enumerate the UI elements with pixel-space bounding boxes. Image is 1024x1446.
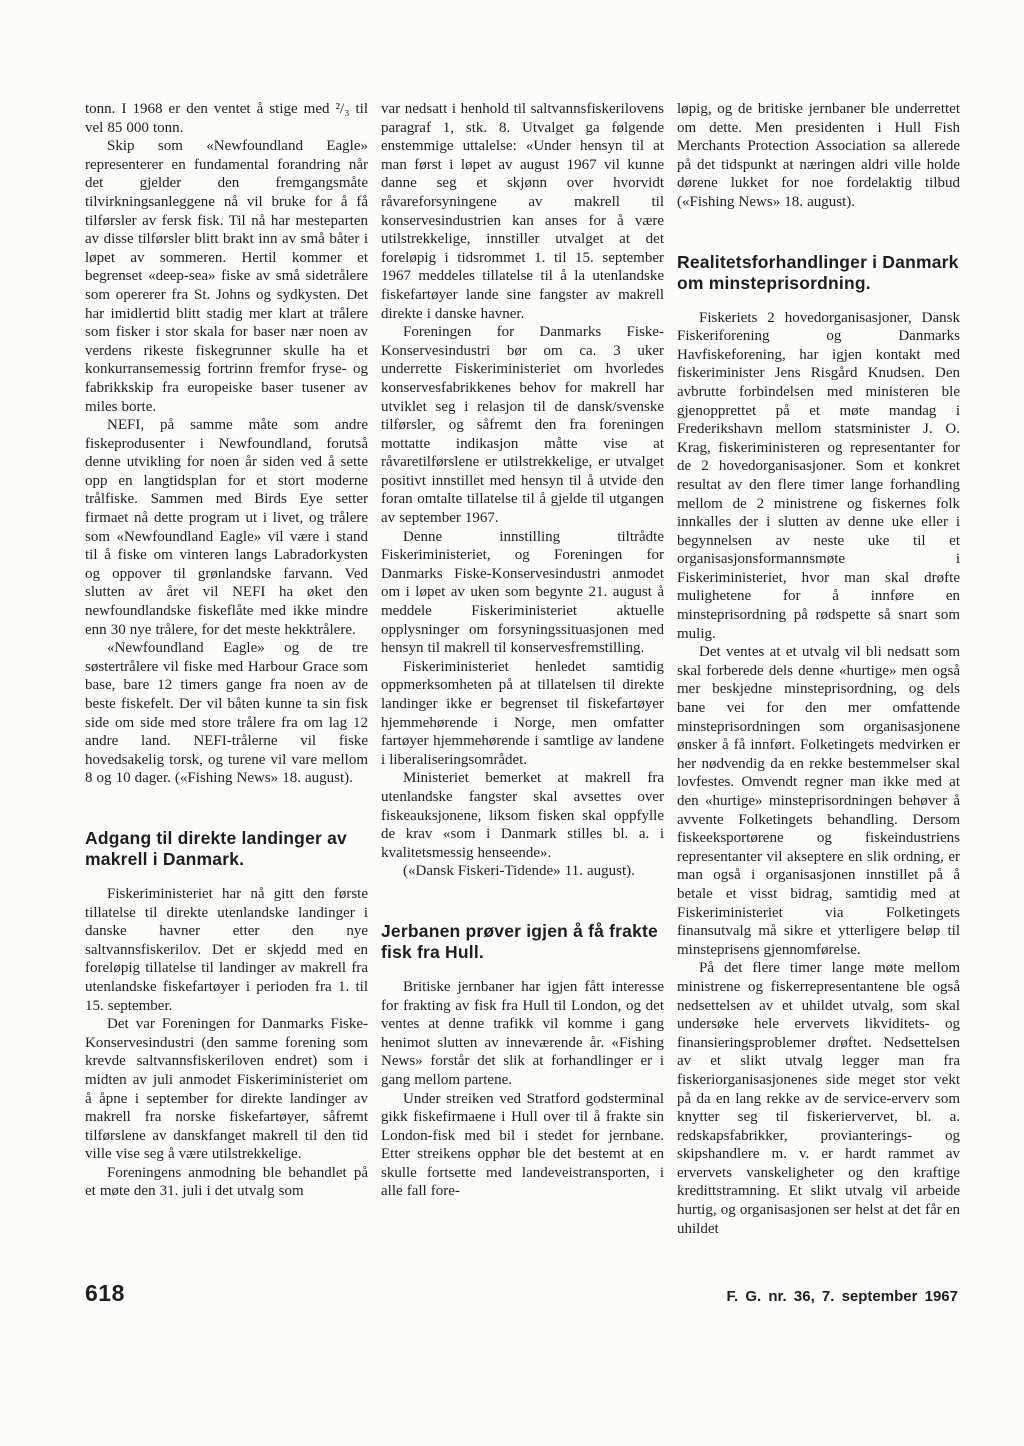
paragraph: Under streiken ved Stratford godstermina…	[381, 1090, 664, 1202]
page-footer: 618 F. G. nr. 36, 7. september 1967	[85, 1280, 958, 1307]
paragraph: tonn. I 1968 er den ventet å stige med ²…	[85, 100, 368, 137]
paragraph: løpig, og de britiske jernbaner ble unde…	[677, 100, 960, 212]
issue-info: F. G. nr. 36, 7. september 1967	[727, 1288, 958, 1305]
paragraph: «Newfoundland Eagle» og de tre søstertrå…	[85, 639, 368, 788]
paragraph: Skip som «Newfoundland Eagle» represente…	[85, 137, 368, 416]
text-column-3: løpig, og de britiske jernbaner ble unde…	[677, 100, 960, 1276]
text-column-1: tonn. I 1968 er den ventet å stige med ²…	[85, 100, 368, 1276]
article-heading: Realitetsforhandlinger i Danmark om mins…	[677, 252, 960, 294]
paragraph: Det var Foreningen for Danmarks Fiske-Ko…	[85, 1015, 368, 1164]
text-column-2: var nedsatt i henhold til saltvannsfiske…	[381, 100, 664, 1276]
article-heading: Adgang til direkte landinger av makrell …	[85, 828, 368, 870]
page-number: 618	[85, 1280, 125, 1307]
article-heading: Jerbanen prøver igjen å få frakte fisk f…	[381, 921, 664, 963]
paragraph: NEFI, på samme måte som andre fiskeprodu…	[85, 416, 368, 639]
paragraph: var nedsatt i henhold til saltvannsfiske…	[381, 100, 664, 323]
paragraph: Fiskeriministeriet har nå gitt den først…	[85, 885, 368, 1015]
paragraph: Denne innstilling tiltrådte Fiskeriminis…	[381, 528, 664, 658]
paragraph: Foreningen for Danmarks Fiske-Konservesi…	[381, 323, 664, 528]
paragraph: Britiske jernbaner har igjen fått intere…	[381, 978, 664, 1090]
magazine-page: tonn. I 1968 er den ventet å stige med ²…	[0, 0, 1024, 1446]
paragraph: Ministeriet bemerket at makrell fra uten…	[381, 769, 664, 862]
paragraph: Det ventes at et utvalg vil bli nedsatt …	[677, 643, 960, 959]
text-columns: tonn. I 1968 er den ventet å stige med ²…	[85, 100, 960, 1276]
paragraph: («Dansk Fiskeri-Tidende» 11. august).	[381, 862, 664, 881]
paragraph: Foreningens anmodning ble behandlet på e…	[85, 1164, 368, 1201]
paragraph: Fiskeriets 2 hovedorganisasjoner, Dansk …	[677, 309, 960, 644]
paragraph: På det flere timer lange møte mellom min…	[677, 959, 960, 1238]
paragraph: Fiskeriministeriet henledet samtidig opp…	[381, 658, 664, 770]
